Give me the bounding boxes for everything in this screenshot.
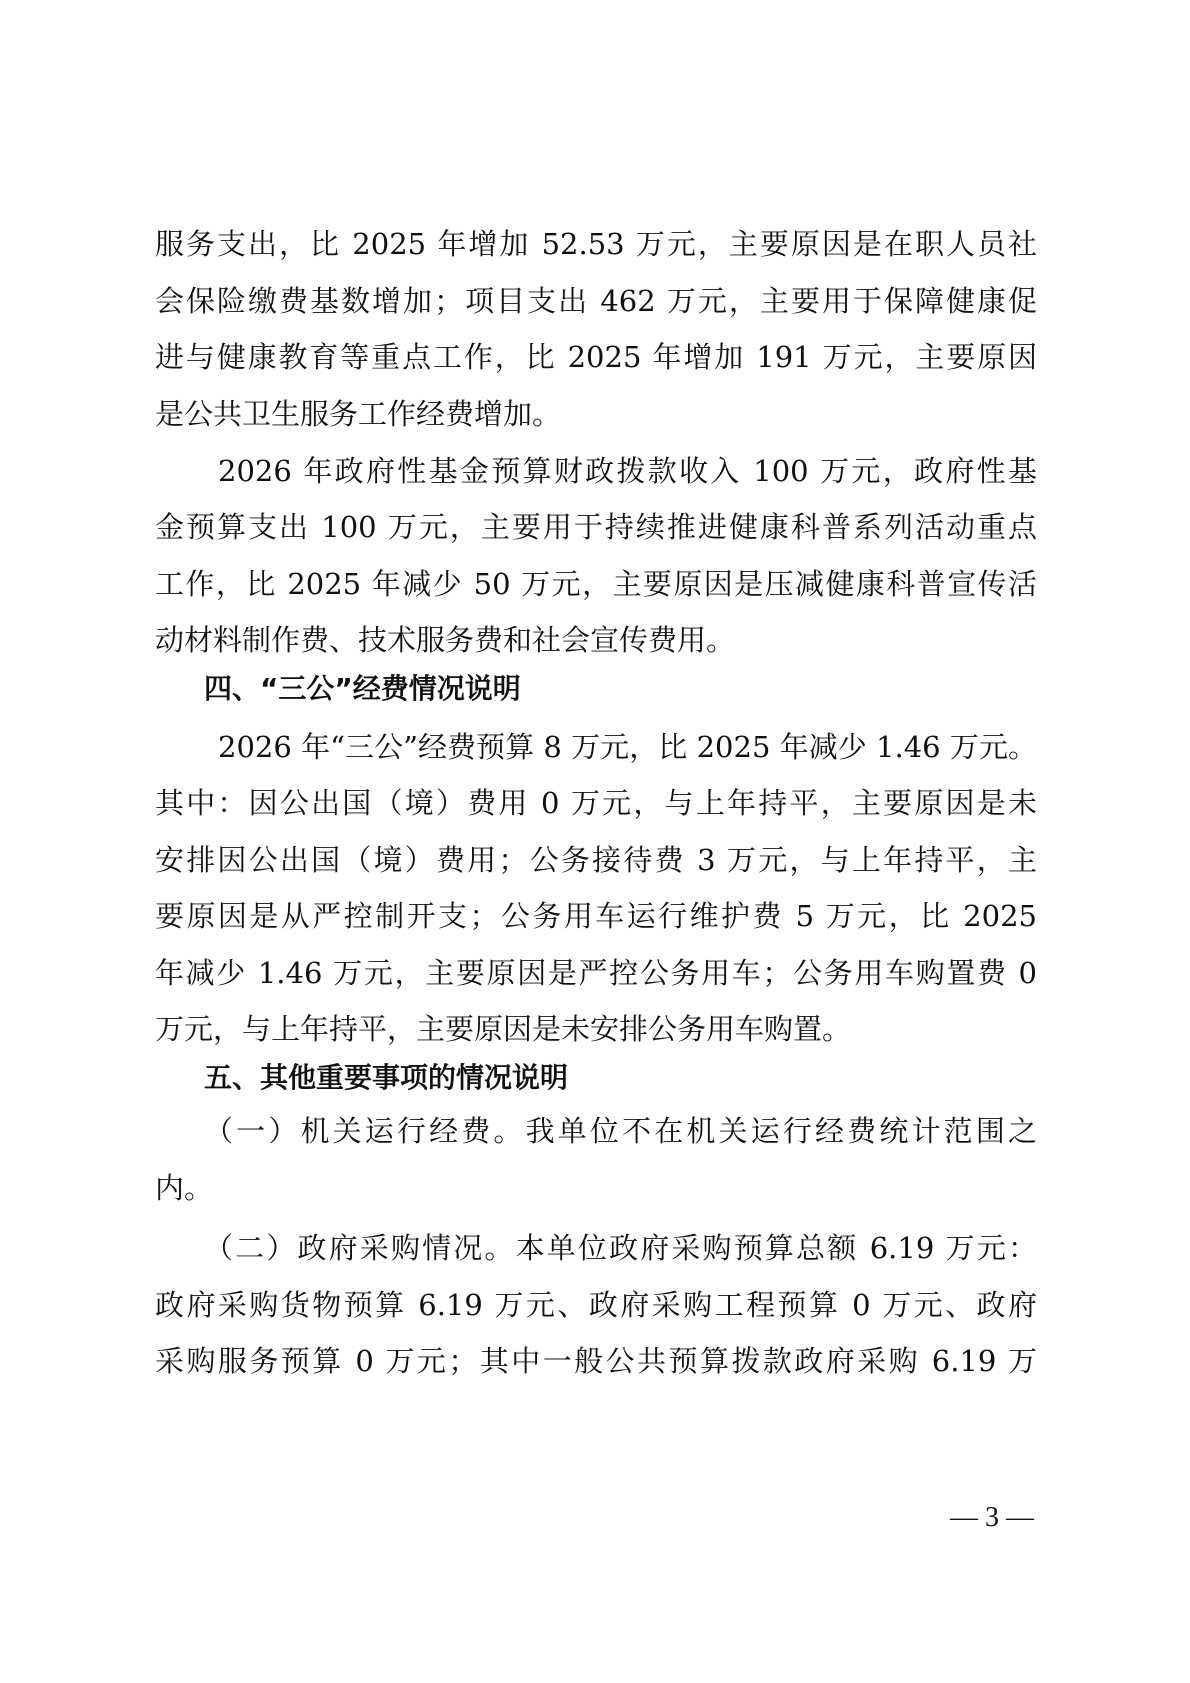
body-text-line: 2026 年“三公”经费预算 8 万元，比 2025 年减少 1.46 万元。 — [218, 729, 1037, 765]
document-page: 服务支出，比 2025 年增加 52.53 万元，主要原因是在职人员社 会保险缴… — [0, 0, 1190, 1683]
body-text-line: （二）政府采购情况。本单位政府采购预算总额 6.19 万元： — [204, 1230, 1037, 1266]
body-text-line: （一）机关运行经费。我单位不在机关运行经费统计范围之 — [204, 1113, 1037, 1149]
body-text-line: 是公共卫生服务工作经费增加。 — [155, 396, 1037, 432]
body-text-line: 动材料制作费、技术服务费和社会宣传费用。 — [155, 622, 1037, 658]
body-text-line: 会保险缴费基数增加；项目支出 462 万元，主要用于保障健康促 — [155, 283, 1037, 319]
body-text-line: 工作，比 2025 年减少 50 万元，主要原因是压减健康科普宣传活 — [155, 566, 1037, 602]
body-text-line: 进与健康教育等重点工作，比 2025 年增加 191 万元，主要原因 — [155, 339, 1037, 375]
body-text-line: 安排因公出国（境）费用；公务接待费 3 万元，与上年持平，主 — [155, 842, 1037, 878]
section-heading-4: 四、“三公”经费情况说明 — [204, 671, 521, 707]
page-number: — 3 — — [950, 1500, 1034, 1536]
body-text-line: 年减少 1.46 万元，主要原因是严控公务用车；公务用车购置费 0 — [155, 955, 1037, 991]
body-text-line: 2026 年政府性基金预算财政拨款收入 100 万元，政府性基 — [218, 453, 1037, 489]
body-text-line: 服务支出，比 2025 年增加 52.53 万元，主要原因是在职人员社 — [155, 226, 1037, 262]
body-text-line: 金预算支出 100 万元，主要用于持续推进健康科普系列活动重点 — [155, 509, 1037, 545]
body-text-line: 采购服务预算 0 万元；其中一般公共预算拨款政府采购 6.19 万 — [155, 1343, 1037, 1379]
body-text-line: 要原因是从严控制开支；公务用车运行维护费 5 万元，比 2025 — [155, 898, 1037, 934]
body-text-line: 其中：因公出国（境）费用 0 万元，与上年持平，主要原因是未 — [155, 785, 1037, 821]
section-heading-5: 五、其他重要事项的情况说明 — [204, 1060, 568, 1096]
body-text-line: 政府采购货物预算 6.19 万元、政府采购工程预算 0 万元、政府 — [155, 1287, 1037, 1323]
body-text-line: 内。 — [155, 1170, 1037, 1206]
body-text-line: 万元，与上年持平，主要原因是未安排公务用车购置。 — [155, 1011, 1037, 1047]
